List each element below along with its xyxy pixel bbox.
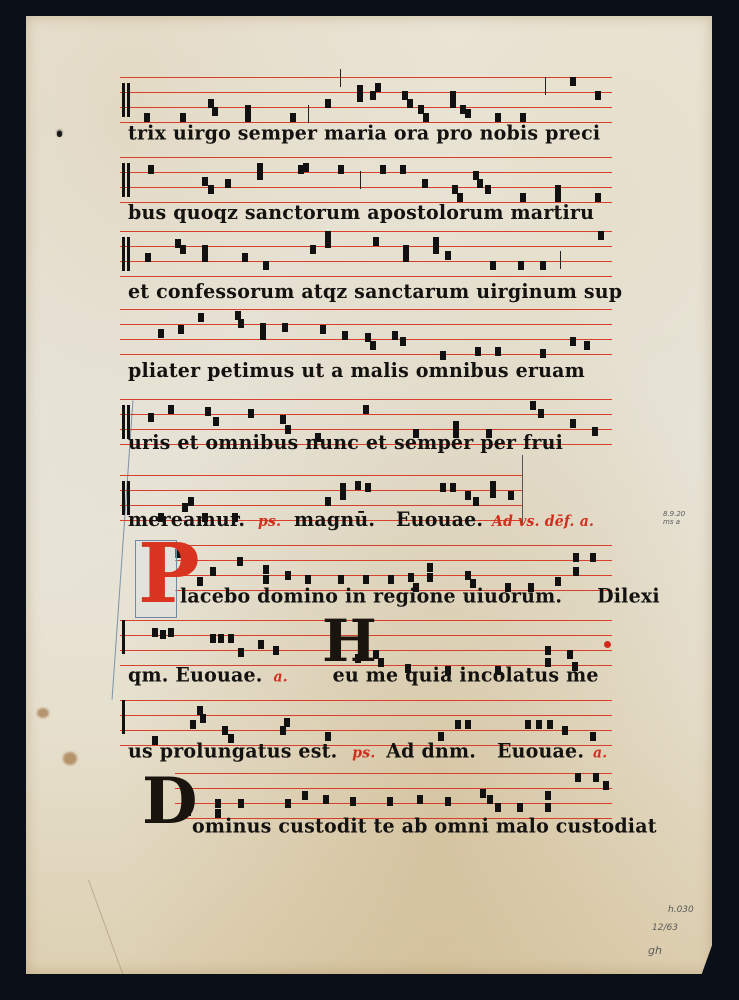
text-line-1: trix uirgo semper maria ora pro nobis pr… [128, 121, 600, 146]
pencil-note-2: 12/63 [652, 923, 678, 933]
staff-10 [175, 773, 612, 819]
initial-h: H [322, 612, 377, 670]
text-ad-dnm: Ad dnm. [386, 739, 476, 762]
red-dot-mark [604, 641, 611, 648]
rubric-a: a. [273, 669, 287, 686]
illuminated-initial-p: P [135, 540, 177, 618]
rubric-a-2: a. [593, 745, 607, 762]
text-qm-euouae: qm. Euouae. [128, 663, 263, 686]
text-line-5: uris et omnibus nunc et semper per frui [128, 431, 563, 456]
text-line-3: et confessorum atqz sanctarum uirginum s… [128, 280, 622, 305]
pencil-note-1: h.030 [668, 905, 694, 915]
text-magnum: magnū. [294, 508, 375, 531]
text-prolungatus: us prolungatus est. [128, 739, 337, 762]
staff-4 [120, 309, 612, 355]
rubric-ps-2: ps. [352, 745, 375, 762]
text-line-7: lacebo domino in regione uiuorum. Dilexi [180, 584, 660, 609]
margin-dot [57, 131, 62, 137]
text-euouae: Euouae. [396, 508, 483, 531]
text-dilexi: Dilexi [597, 584, 660, 607]
text-line-4: pliater petimus ut a malis omnibus eruam [128, 359, 585, 384]
rubric-ad-vs: Ad vs. dēf. a. [492, 514, 594, 531]
staff-3 [120, 231, 612, 277]
stain [63, 752, 77, 765]
text-euouae-2: Euouae. [497, 739, 584, 762]
text-line-10: ominus custodit te ab omni malo custodia… [192, 814, 657, 839]
stain [37, 708, 49, 718]
text-placebo: lacebo domino in regione uiuorum. [180, 584, 562, 607]
initial-d: D [142, 770, 198, 834]
text-line-9: us prolungatus est. ps. Ad dnm. Euouae. … [128, 739, 607, 764]
margin-note-right: 8.9.20 ms a [663, 510, 685, 526]
rubric-ps: ps. [258, 514, 281, 531]
pencil-note-3: gh [648, 944, 662, 957]
staff-2 [120, 157, 612, 203]
staff-1 [120, 77, 612, 123]
text-line-2: bus quoqz sanctorum apostolorum martiru [128, 201, 594, 226]
